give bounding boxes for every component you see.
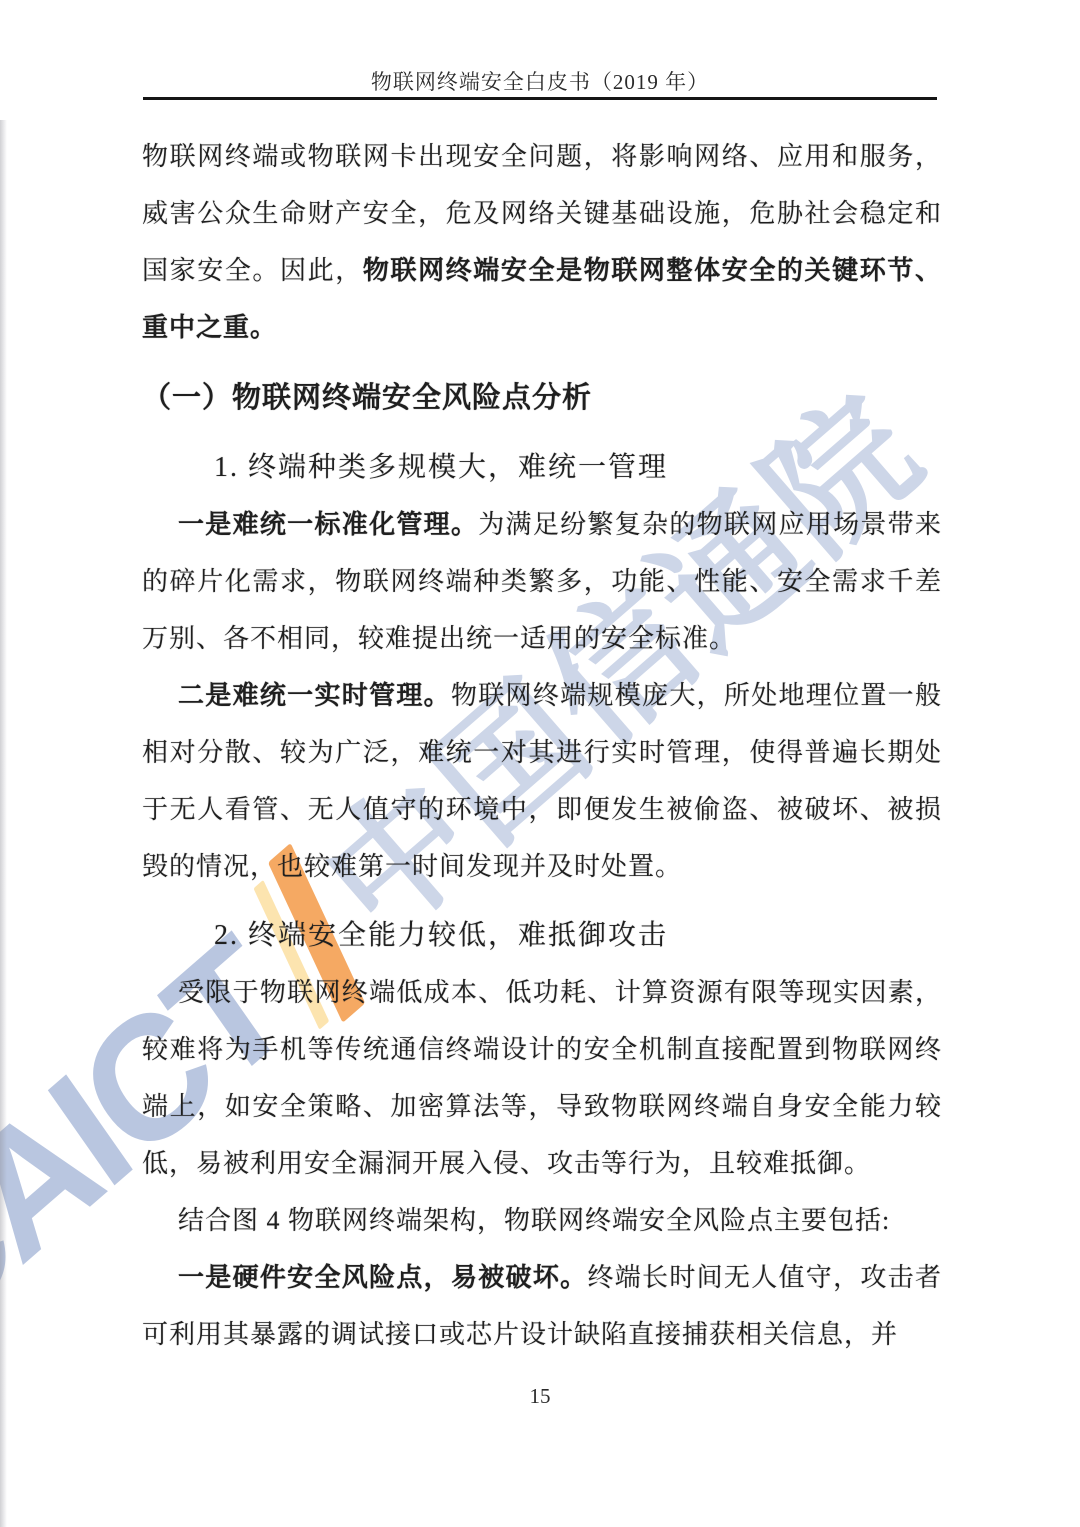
paragraph-hardware-risk: 一是硬件安全风险点，易被破坏。终端长时间无人值守，攻击者可利用其暴露的调试接口或… bbox=[142, 1249, 942, 1363]
page-header-title: 物联网终端安全白皮书（2019 年） bbox=[0, 66, 1080, 96]
sub-heading-2: 2. 终端安全能力较低，难抵御攻击 bbox=[142, 907, 942, 964]
page-footer: 15 bbox=[0, 1384, 1080, 1409]
paragraph-realtime-management: 二是难统一实时管理。物联网终端规模庞大，所处地理位置一般相对分散、较为广泛，难统… bbox=[142, 667, 942, 895]
paragraph-low-capability: 受限于物联网终端低成本、低功耗、计算资源有限等现实因素，较难将为手机等传统通信终… bbox=[142, 964, 942, 1192]
section-heading-1: （一）物联网终端安全风险点分析 bbox=[142, 370, 942, 427]
paragraph-figure-reference: 结合图 4 物联网终端架构，物联网终端安全风险点主要包括: bbox=[142, 1192, 942, 1249]
page-number: 15 bbox=[530, 1384, 551, 1408]
scan-edge-artifact bbox=[0, 120, 7, 1527]
sub-heading-1: 1. 终端种类多规模大，难统一管理 bbox=[142, 439, 942, 496]
header-rule bbox=[143, 97, 937, 100]
paragraph-2-lead: 一是难统一标准化管理。 bbox=[178, 509, 478, 539]
document-body: 物联网终端或物联网卡出现安全问题，将影响网络、应用和服务，威害公众生命财产安全，… bbox=[142, 128, 942, 1363]
paragraph-standardized-management: 一是难统一标准化管理。为满足纷繁复杂的物联网应用场景带来的碎片化需求，物联网终端… bbox=[142, 496, 942, 667]
paragraph-intro: 物联网终端或物联网卡出现安全问题，将影响网络、应用和服务，威害公众生命财产安全，… bbox=[142, 128, 942, 356]
paragraph-3-lead: 二是难统一实时管理。 bbox=[178, 680, 451, 710]
paragraph-3-text: 物联网终端规模庞大，所处地理位置一般相对分散、较为广泛，难统一对其进行实时管理，… bbox=[142, 681, 942, 881]
paragraph-6-lead: 一是硬件安全风险点，易被破坏。 bbox=[178, 1262, 587, 1292]
document-page: CAICT 中国信通院 物联网终端安全白皮书（2019 年） 物联网终端或物联网… bbox=[0, 0, 1080, 1527]
